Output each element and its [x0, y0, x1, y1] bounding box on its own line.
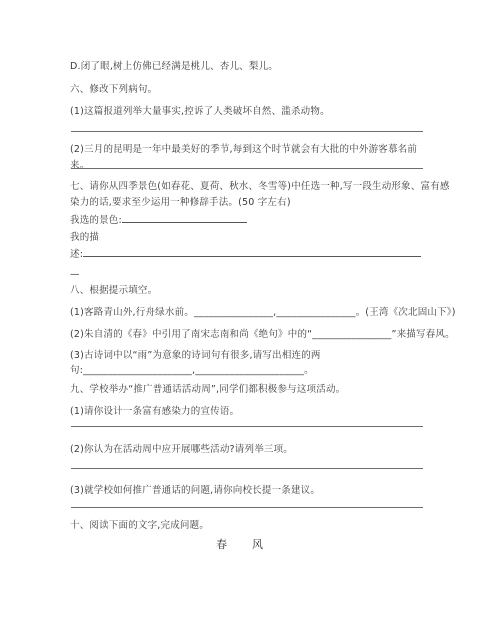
reading-passage-title: 春 风 [0, 536, 480, 552]
answer-blank-line [71, 131, 423, 132]
section8-question3-line2: 句:______________________,_______________… [70, 364, 428, 377]
option-d-text: D.闭了眼,树上仿佛已经满是桃儿、杏儿、梨儿。 [70, 60, 428, 73]
section7-prompt-line2: 染力的话,要求至少运用一种修辞手法。(50 字左右) [70, 196, 428, 209]
section8-title: 八、根据提示填空。 [70, 284, 428, 297]
scene-choice-blank [122, 212, 247, 223]
section9-question3: (3)就学校如何推广普通话的问题,请你向校长提一条建议。 [70, 484, 428, 497]
section7-prompt-line1: 七、请你从四季景色(如春花、夏荷、秋水、冬雪等)中任选一种,写一段生动形象、富有… [70, 180, 428, 193]
description-blank [83, 246, 421, 257]
section8-question3-line1: (3)古诗词中以“雨”为意象的诗词句有很多,请写出相连的两 [70, 349, 428, 362]
section6-title: 六、修改下列病句。 [70, 83, 428, 96]
exam-page: D.闭了眼,树上仿佛已经满是桃儿、杏儿、梨儿。 六、修改下列病句。 (1)这篇报… [0, 0, 499, 624]
scene-choice-label: 我选的景色: [70, 215, 122, 226]
section9-question2: (2)你认为在活动周中应开展哪些活动?请列举三项。 [70, 443, 428, 456]
stray-dash: — [70, 268, 428, 281]
description-line2: 述: [70, 246, 428, 261]
section9-title: 九、学校举办“推广普通话活动周”,同学们都积极参与这项活动。 [70, 383, 428, 396]
answer-blank-line [71, 426, 423, 427]
scene-choice-line: 我选的景色: [70, 212, 428, 227]
section10-title: 十、阅读下面的文字,完成问题。 [70, 519, 428, 532]
section9-question1: (1)请你设计一条富有感染力的宣传语。 [70, 405, 428, 418]
answer-blank-line [71, 468, 423, 469]
description-label-line2: 述: [70, 249, 83, 260]
description-label-line1: 我的描 [70, 231, 428, 244]
answer-blank-line [71, 168, 423, 169]
answer-blank-line [71, 507, 423, 508]
section8-question2: (2)朱自清的《春》中引用了南宋志南和尚《绝句》中的“_____________… [70, 328, 470, 341]
section8-question1: (1)客路青山外,行舟绿水前。________________,________… [70, 306, 470, 319]
section6-question1: (1)这篇报道列举大量事实,控诉了人类破坏自然、滥杀动物。 [70, 105, 428, 118]
